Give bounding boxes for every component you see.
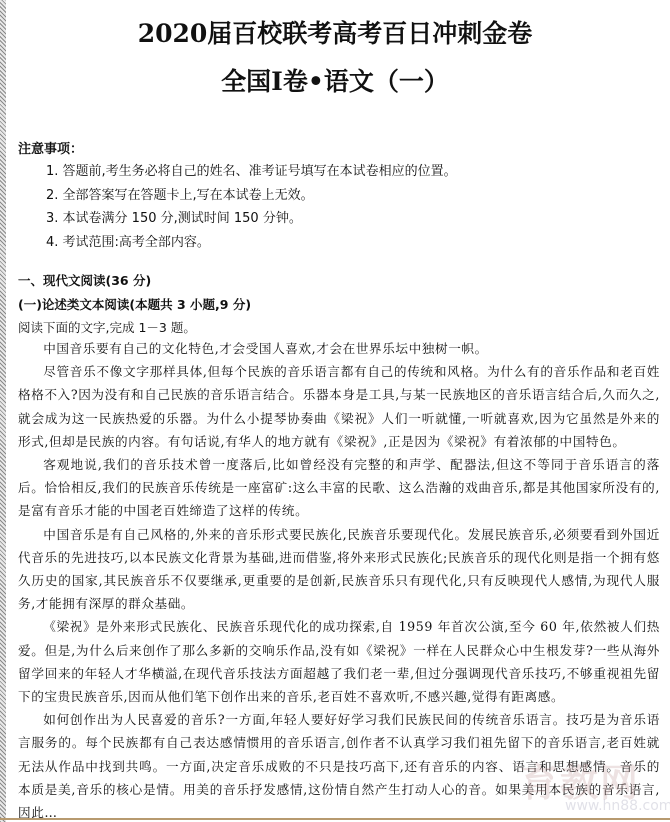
exam-subtitle: 全国Ⅰ卷•语文（一） xyxy=(18,62,652,98)
notice-item: 2. 全部答案写在答题卡上,写在本试卷上无效。 xyxy=(46,184,457,208)
passage-paragraph: 中国音乐要有自己的文化特色,才会受国人喜欢,才会在世界乐坛中独树一帜。 xyxy=(18,337,660,360)
passage-paragraph: 《梁祝》是外来形式民族化、民族音乐现代化的成功探索,自 1959 年首次公演,至… xyxy=(18,615,660,708)
notice-heading: 注意事项： xyxy=(18,138,83,157)
passage-paragraph: 客观地说,我们的音乐技术曾一度落后,比如曾经没有完整的和声学、配器法,但这不等同… xyxy=(18,453,660,523)
notice-item: 3. 本试卷满分 150 分,测试时间 150 分钟。 xyxy=(46,207,457,231)
reading-instruction: 阅读下面的文字,完成 1－3 题。 xyxy=(18,318,196,336)
passage-paragraph: 尽管音乐不像文字那样具体,但每个民族的音乐语言都有自己的传统和风格。为什么有的音… xyxy=(18,360,660,453)
passage-paragraph: 中国音乐是有自己风格的,外来的音乐形式要民族化,民族音乐要现代化。发展民族音乐,… xyxy=(18,523,660,616)
section-title: 一、现代文阅读(36 分) xyxy=(18,271,151,289)
notice-item: 4. 考试范围:高考全部内容。 xyxy=(46,231,457,255)
subsection-title: (一)论述类文本阅读(本题共 3 小题,9 分) xyxy=(18,295,251,313)
exam-title: 2020届百校联考高考百日冲刺金卷 xyxy=(18,14,652,50)
notice-list: 1. 答题前,考生务必将自己的姓名、准考证号填写在本试卷相应的位置。 2. 全部… xyxy=(46,160,457,254)
notice-item: 1. 答题前,考生务必将自己的姓名、准考证号填写在本试卷相应的位置。 xyxy=(46,160,457,184)
reading-passage: 中国音乐要有自己的文化特色,才会受国人喜欢,才会在世界乐坛中独树一帜。 尽管音乐… xyxy=(18,337,660,822)
binding-edge xyxy=(0,0,6,822)
passage-paragraph: 如何创作出为人民喜爱的音乐?一方面,年轻人要好好学习我们民族民间的传统音乐语言。… xyxy=(18,708,660,822)
page-bottom-border xyxy=(0,818,670,820)
watermark-url: www.hn88.com xyxy=(565,798,670,814)
